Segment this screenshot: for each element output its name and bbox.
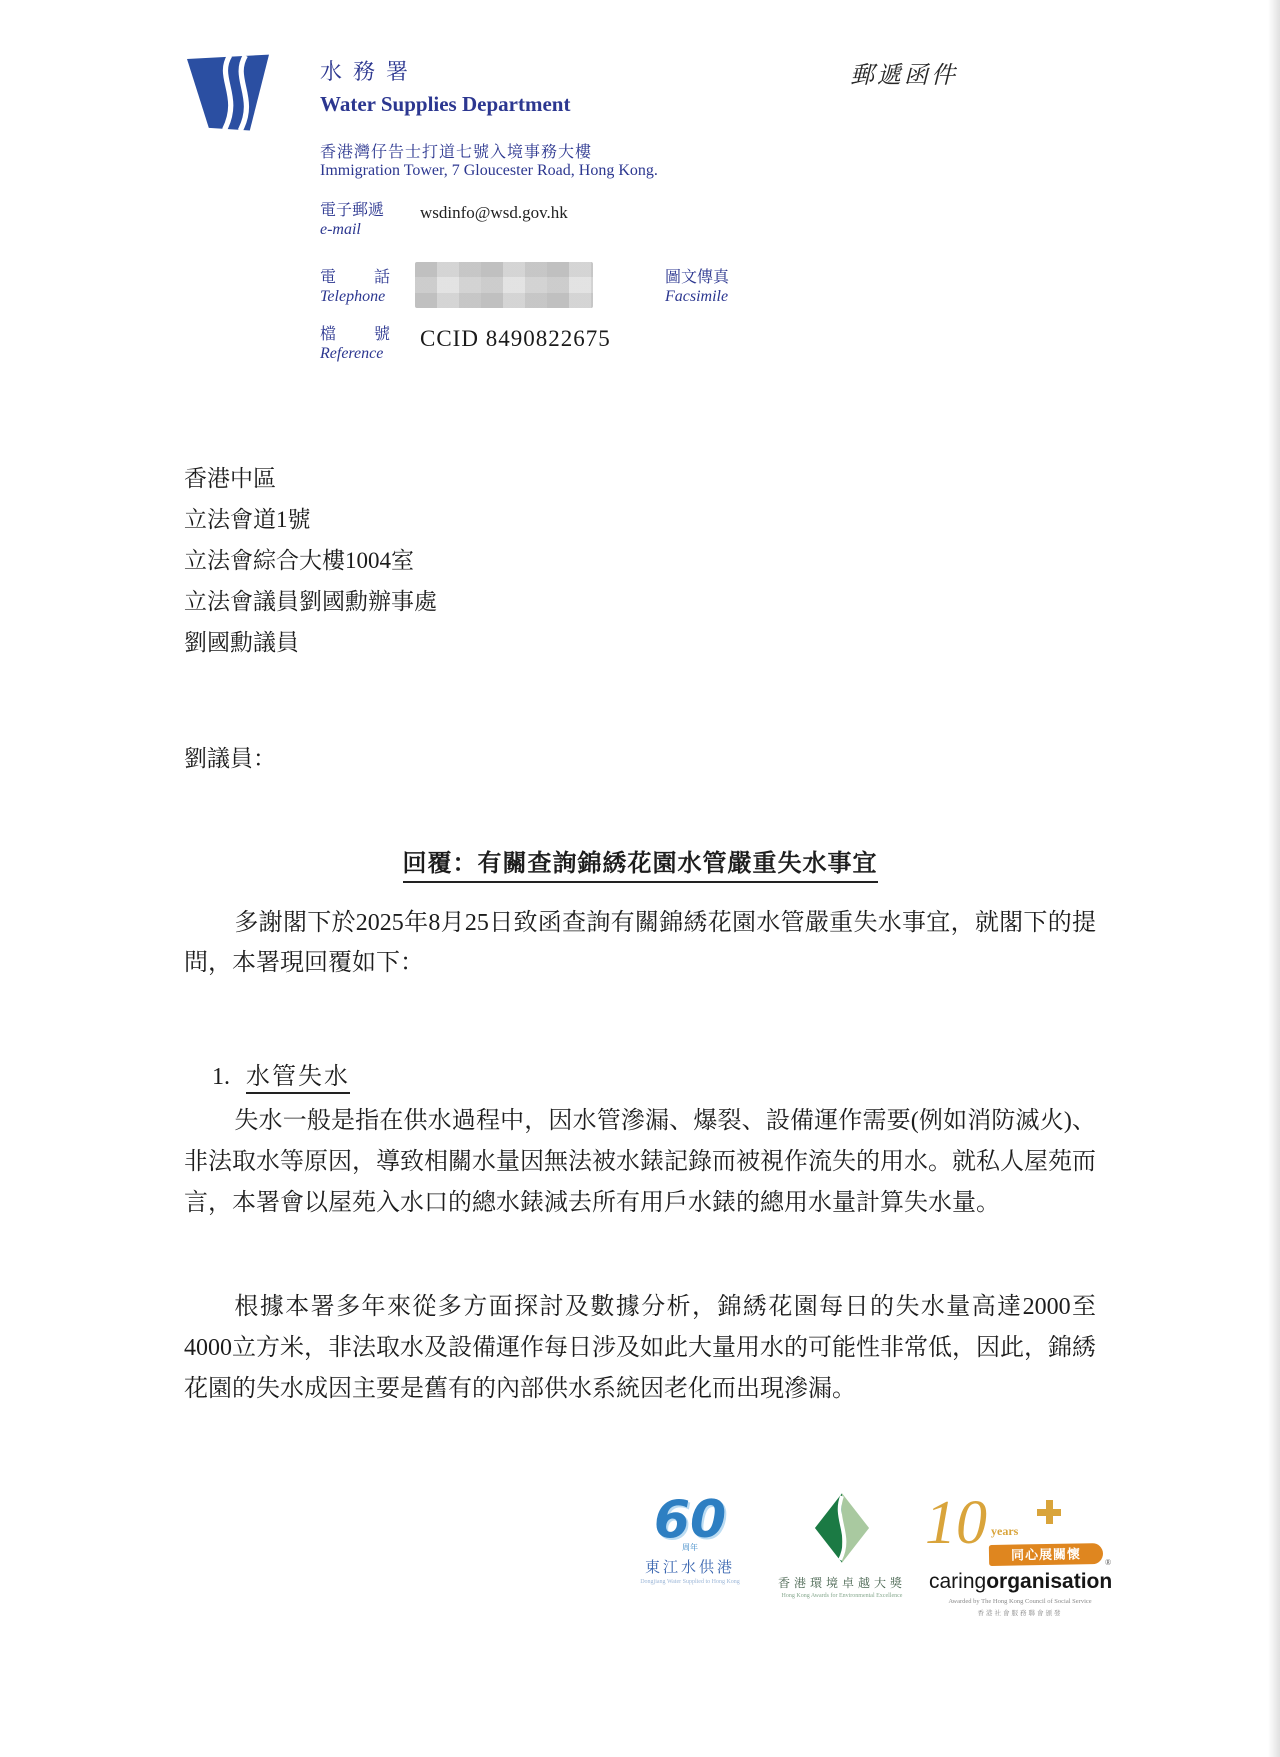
hkaee-logo: 香港環境卓越大獎 Hong Kong Awards for Environmen… — [772, 1492, 912, 1599]
plus-icon — [1037, 1500, 1061, 1524]
telephone-label: 電話 Telephone — [320, 264, 390, 306]
caring-caption-zh: 香港社會服務聯會頒發 — [925, 1608, 1115, 1617]
facsimile-label-zh: 圖文傳真 — [665, 264, 729, 287]
anniversary-60-number: 60 — [654, 1490, 726, 1550]
telephone-label-en: Telephone — [320, 288, 390, 306]
mail-tag: 郵遞函件 — [850, 55, 958, 90]
facsimile-label-en: Facsimile — [665, 288, 729, 306]
caring-badge: 同心展關懷 — [989, 1543, 1103, 1566]
subject-line: 回覆：有關查詢錦綉花園水管嚴重失水事宜 — [403, 843, 878, 883]
section-1-heading: 1.水管失水 — [212, 1056, 350, 1091]
section-1-number: 1. — [212, 1064, 230, 1090]
scan-edge-shadow — [1268, 0, 1280, 1757]
dongjiang-caption-en: Dongjiang Water Supplied to Hong Kong — [628, 1579, 752, 1585]
email-label-zh: 電子郵遞 — [320, 197, 384, 220]
dept-address-en: Immigration Tower, 7 Gloucester Road, Ho… — [320, 162, 658, 180]
body-paragraph-1: 失水一般是指在供水過程中，因水管滲漏、爆裂、設備運作需要(例如消防滅火)、非法取… — [184, 1101, 1096, 1224]
recipient-line: 香港中區 — [184, 458, 437, 499]
anniversary-60-logo: 60 周年 東江水供港 Dongjiang Water Supplied to … — [628, 1492, 752, 1585]
recipient-line: 劉國勳議員 — [184, 622, 437, 663]
dept-name-en: Water Supplies Department — [320, 92, 570, 117]
caring-years-label: years — [991, 1524, 1018, 1539]
telephone-label-zh: 電話 — [320, 264, 390, 287]
hkaee-leaf-icon — [813, 1492, 871, 1564]
reference-label-en: Reference — [320, 345, 390, 363]
hkaee-caption-zh: 香港環境卓越大獎 — [772, 1574, 912, 1591]
email-label-en: e-mail — [320, 221, 384, 239]
recipient-address: 香港中區 立法會道1號 立法會綜合大樓1004室 立法會議員劉國勳辦事處 劉國勳… — [184, 458, 437, 663]
facsimile-label: 圖文傳真 Facsimile — [665, 264, 729, 306]
caring-organisation-logo: 10 years 同心展關懷 ® caringorganisation Awar… — [925, 1492, 1115, 1642]
caring-name-bold: organisation — [986, 1570, 1112, 1593]
caring-organisation-name: caringorganisation — [929, 1570, 1112, 1594]
intro-paragraph: 多謝閣下於2025年8月25日致函查詢有關錦綉花園水管嚴重失水事宜，就閣下的提問… — [184, 903, 1096, 983]
caring-name-light: caring — [929, 1570, 986, 1593]
redacted-telephone-number — [415, 262, 593, 308]
caring-10-number: 10 — [925, 1488, 987, 1558]
letter-page: 水務署 Water Supplies Department 郵遞函件 香港灣仔告… — [0, 0, 1280, 1757]
registered-mark: ® — [1105, 1558, 1111, 1567]
email-value: wsdinfo@wsd.gov.hk — [420, 203, 568, 223]
hkaee-caption-en: Hong Kong Awards for Environmental Excel… — [772, 1593, 912, 1599]
recipient-line: 立法會議員劉國勳辦事處 — [184, 581, 437, 622]
caring-caption-en: Awarded by The Hong Kong Council of Soci… — [925, 1598, 1115, 1605]
recipient-line: 立法會綜合大樓1004室 — [184, 540, 437, 581]
dept-address-zh: 香港灣仔告士打道七號入境事務大樓 — [320, 139, 592, 162]
section-1-title: 水管失水 — [246, 1064, 350, 1094]
dongjiang-caption-zh: 東江水供港 — [628, 1556, 752, 1577]
email-label: 電子郵遞 e-mail — [320, 197, 384, 239]
subject-line-wrap: 回覆：有關查詢錦綉花園水管嚴重失水事宜 — [184, 843, 1096, 883]
recipient-line: 立法會道1號 — [184, 499, 437, 540]
reference-label: 檔號 Reference — [320, 321, 390, 363]
wsd-logo-icon — [184, 52, 272, 139]
anniversary-small-text: 周年 — [628, 1542, 752, 1553]
reference-label-zh: 檔號 — [320, 321, 390, 344]
reference-value: CCID 8490822675 — [420, 326, 611, 352]
salutation: 劉議員： — [184, 740, 276, 773]
body-paragraph-2: 根據本署多年來從多方面探討及數據分析，錦綉花園每日的失水量高達2000至4000… — [184, 1287, 1096, 1410]
dept-name-zh: 水務署 — [320, 55, 419, 86]
